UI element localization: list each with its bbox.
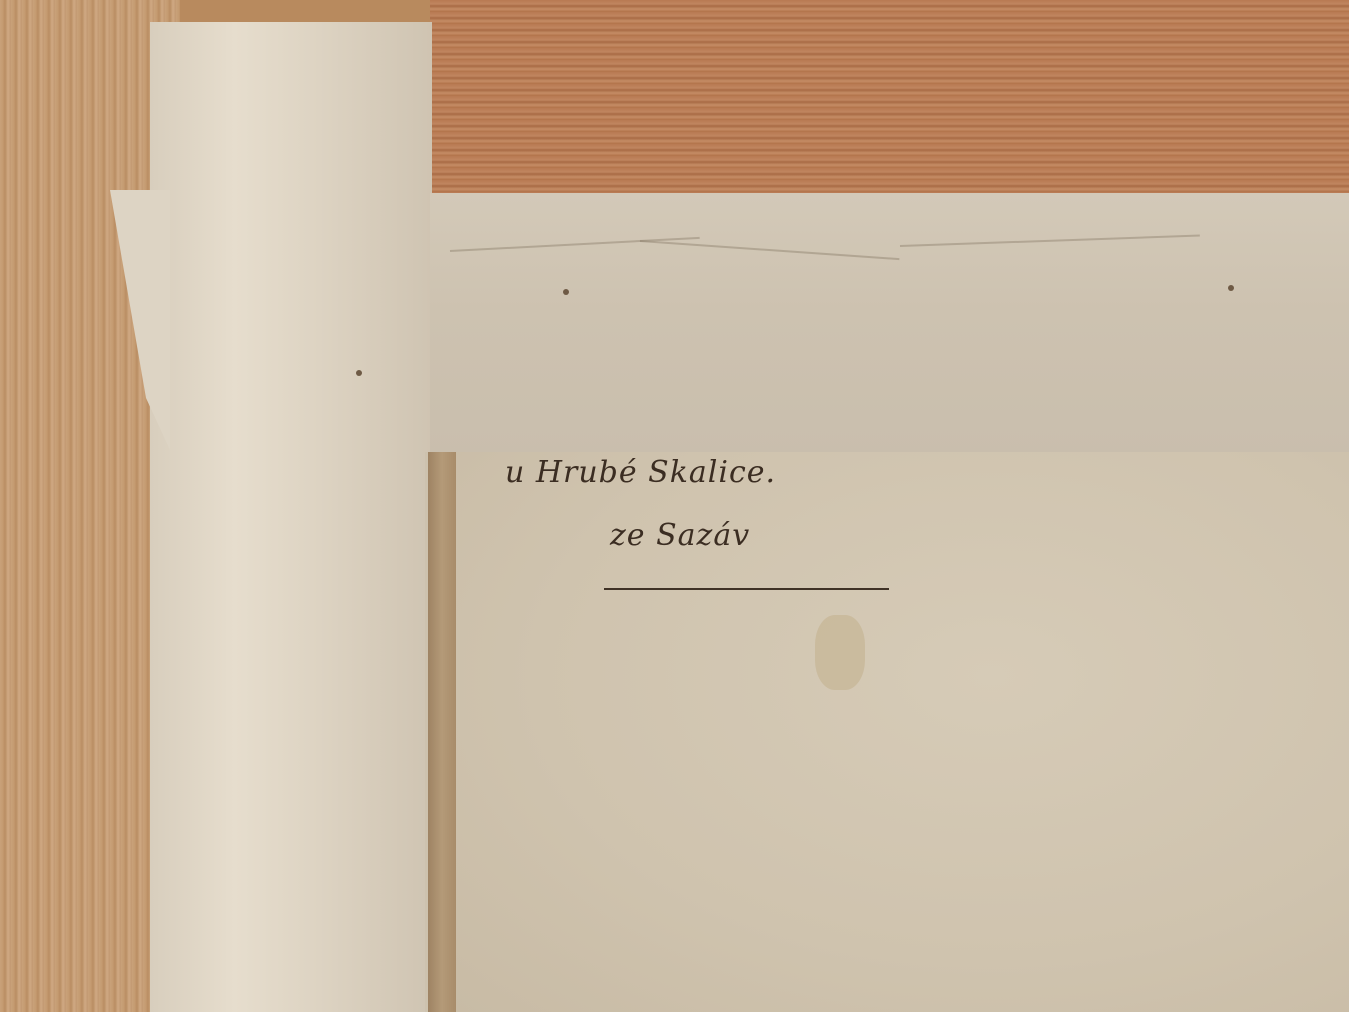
masking-tape-horizontal <box>430 193 1349 458</box>
masking-tape-vertical <box>150 22 432 1012</box>
inscription-underline <box>604 588 889 590</box>
card-edge-strip <box>428 452 456 1012</box>
wooden-frame-top <box>430 0 1349 195</box>
nail-head <box>356 370 362 376</box>
paper-card <box>456 452 1349 1012</box>
nail-head <box>563 289 569 295</box>
inscription-line-2: ze Sazáv <box>610 518 750 553</box>
nail-head <box>1228 285 1234 291</box>
inscription-line-1: u Hrubé Skalice. <box>505 455 776 490</box>
stain <box>815 615 865 690</box>
